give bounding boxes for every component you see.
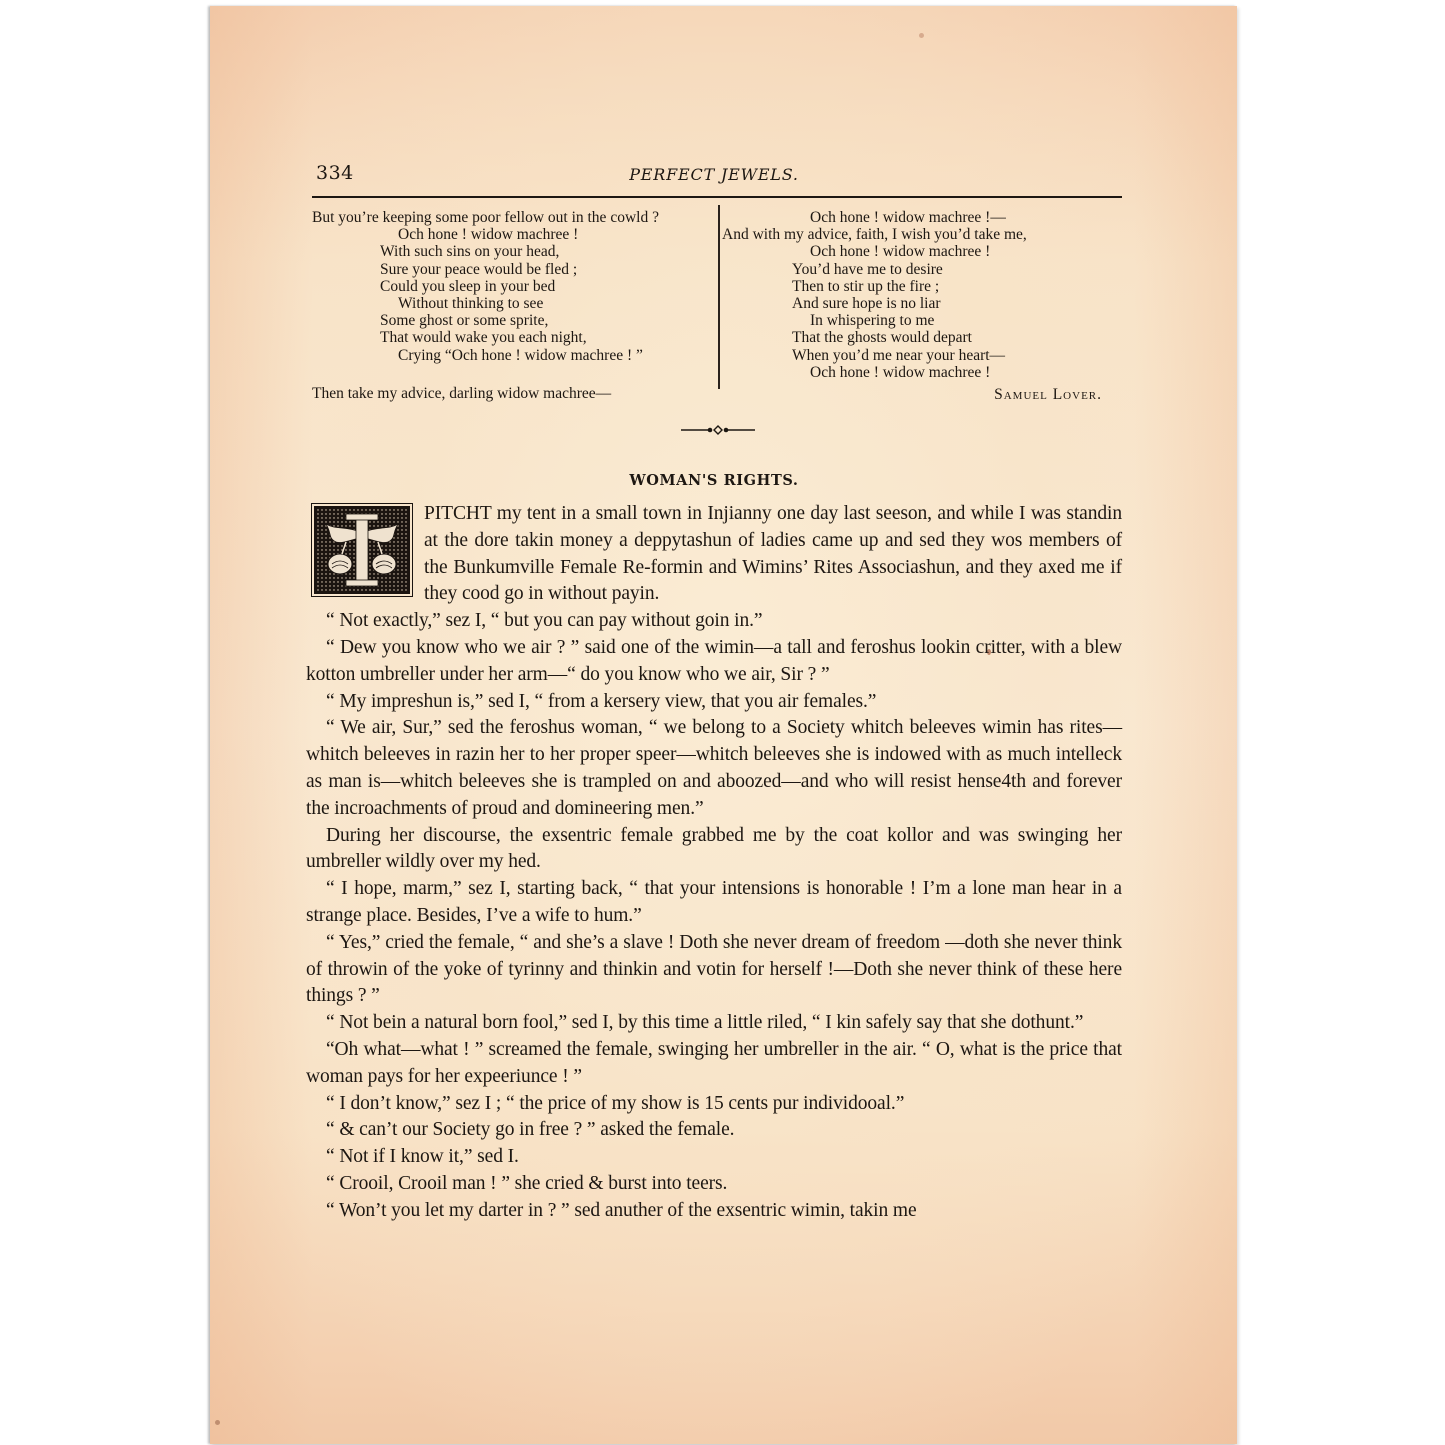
book-page: 334 PERFECT JEWELS. But you’re keeping s…: [210, 6, 1237, 1444]
section-divider-ornament-icon: [681, 424, 755, 436]
poem-line: In whispering to me: [722, 312, 1122, 329]
article-paragraph: “ We air, Sur,” sed the feroshus woman, …: [306, 715, 1122, 822]
article-paragraph: “ Crooil, Crooil man ! ” she cried & bur…: [306, 1171, 1122, 1198]
poem-line: Then to stir up the fire ;: [722, 278, 1122, 295]
poem-line: That would wake you each night,: [312, 329, 712, 346]
poem-line: Some ghost or some sprite,: [312, 312, 712, 329]
paper-stain: [215, 1420, 220, 1425]
poem-line: Och hone ! widow machree !—: [722, 209, 1122, 226]
poem-line: Och hone ! widow machree !: [722, 243, 1122, 260]
poem-line: You’d have me to desire: [722, 261, 1122, 278]
article-title: WOMAN'S RIGHTS.: [306, 472, 1122, 489]
running-head: 334 PERFECT JEWELS.: [306, 160, 1122, 192]
article-paragraph: “ I don’t know,” sez I ; “ the price of …: [306, 1091, 1122, 1118]
column-divider: [718, 205, 720, 389]
article-paragraph: “ I hope, marm,” sez I, starting back, “…: [306, 876, 1122, 930]
poem-line: Och hone ! widow machree !: [312, 226, 712, 243]
article-paragraph: “ Yes,” cried the female, “ and she’s a …: [306, 930, 1122, 1010]
poem-line: And with my advice, faith, I wish you’d …: [722, 226, 1122, 243]
article-paragraph: “ Not exactly,” sez I, “ but you can pay…: [306, 608, 1122, 635]
article-paragraph-first: PITCHT my tent in a small town in Injian…: [306, 501, 1122, 608]
article-paragraph: “ Won’t you let my darter in ? ” sed anu…: [306, 1198, 1122, 1225]
poem-block: But you’re keeping some poor fellow out …: [312, 209, 1122, 409]
article-paragraph: “ My impreshun is,” sed I, “ from a kers…: [306, 689, 1122, 716]
article-paragraph: During her discourse, the exsentric fema…: [306, 823, 1122, 877]
poem-line: When you’d me near your heart—: [722, 347, 1122, 364]
article-paragraph: “Oh what—what ! ” screamed the female, s…: [306, 1037, 1122, 1091]
poem-left-column: But you’re keeping some poor fellow out …: [312, 209, 712, 364]
poem-line: And sure hope is no liar: [722, 295, 1122, 312]
article-paragraph: “ Not bein a natural born fool,” sed I, …: [306, 1010, 1122, 1037]
drop-cap-ornament: [314, 506, 410, 594]
poem-line: Sure your peace would be fled ;: [312, 261, 712, 278]
poem-attribution: Samuel Lover.: [994, 386, 1102, 403]
poem-left-last-line: Then take my advice, darling widow machr…: [312, 385, 611, 402]
poem-line: Without thinking to see: [312, 295, 712, 312]
drop-cap-letter-icon: [316, 508, 408, 592]
poem-line: But you’re keeping some poor fellow out …: [312, 209, 712, 226]
poem-line: That the ghosts would depart: [722, 329, 1122, 346]
article-paragraph: “ Not if I know it,” sed I.: [306, 1144, 1122, 1171]
article-body: PITCHT my tent in a small town in Injian…: [306, 501, 1122, 1225]
poem-line: With such sins on your head,: [312, 243, 712, 260]
running-title: PERFECT JEWELS.: [306, 165, 1122, 184]
article-paragraph: “ Dew you know who we air ? ” said one o…: [306, 635, 1122, 689]
poem-line: Could you sleep in your bed: [312, 278, 712, 295]
article-paragraphs: PITCHT my tent in a small town in Injian…: [306, 501, 1122, 1225]
poem-line: Och hone ! widow machree !: [722, 364, 1122, 381]
poem-line: Crying “Och hone ! widow machree ! ”: [312, 347, 712, 364]
poem-right-column: Och hone ! widow machree !—And with my a…: [722, 209, 1122, 381]
paper-stain: [919, 33, 924, 38]
article-paragraph: “ & can’t our Society go in free ? ” ask…: [306, 1117, 1122, 1144]
header-rule: [312, 196, 1122, 198]
